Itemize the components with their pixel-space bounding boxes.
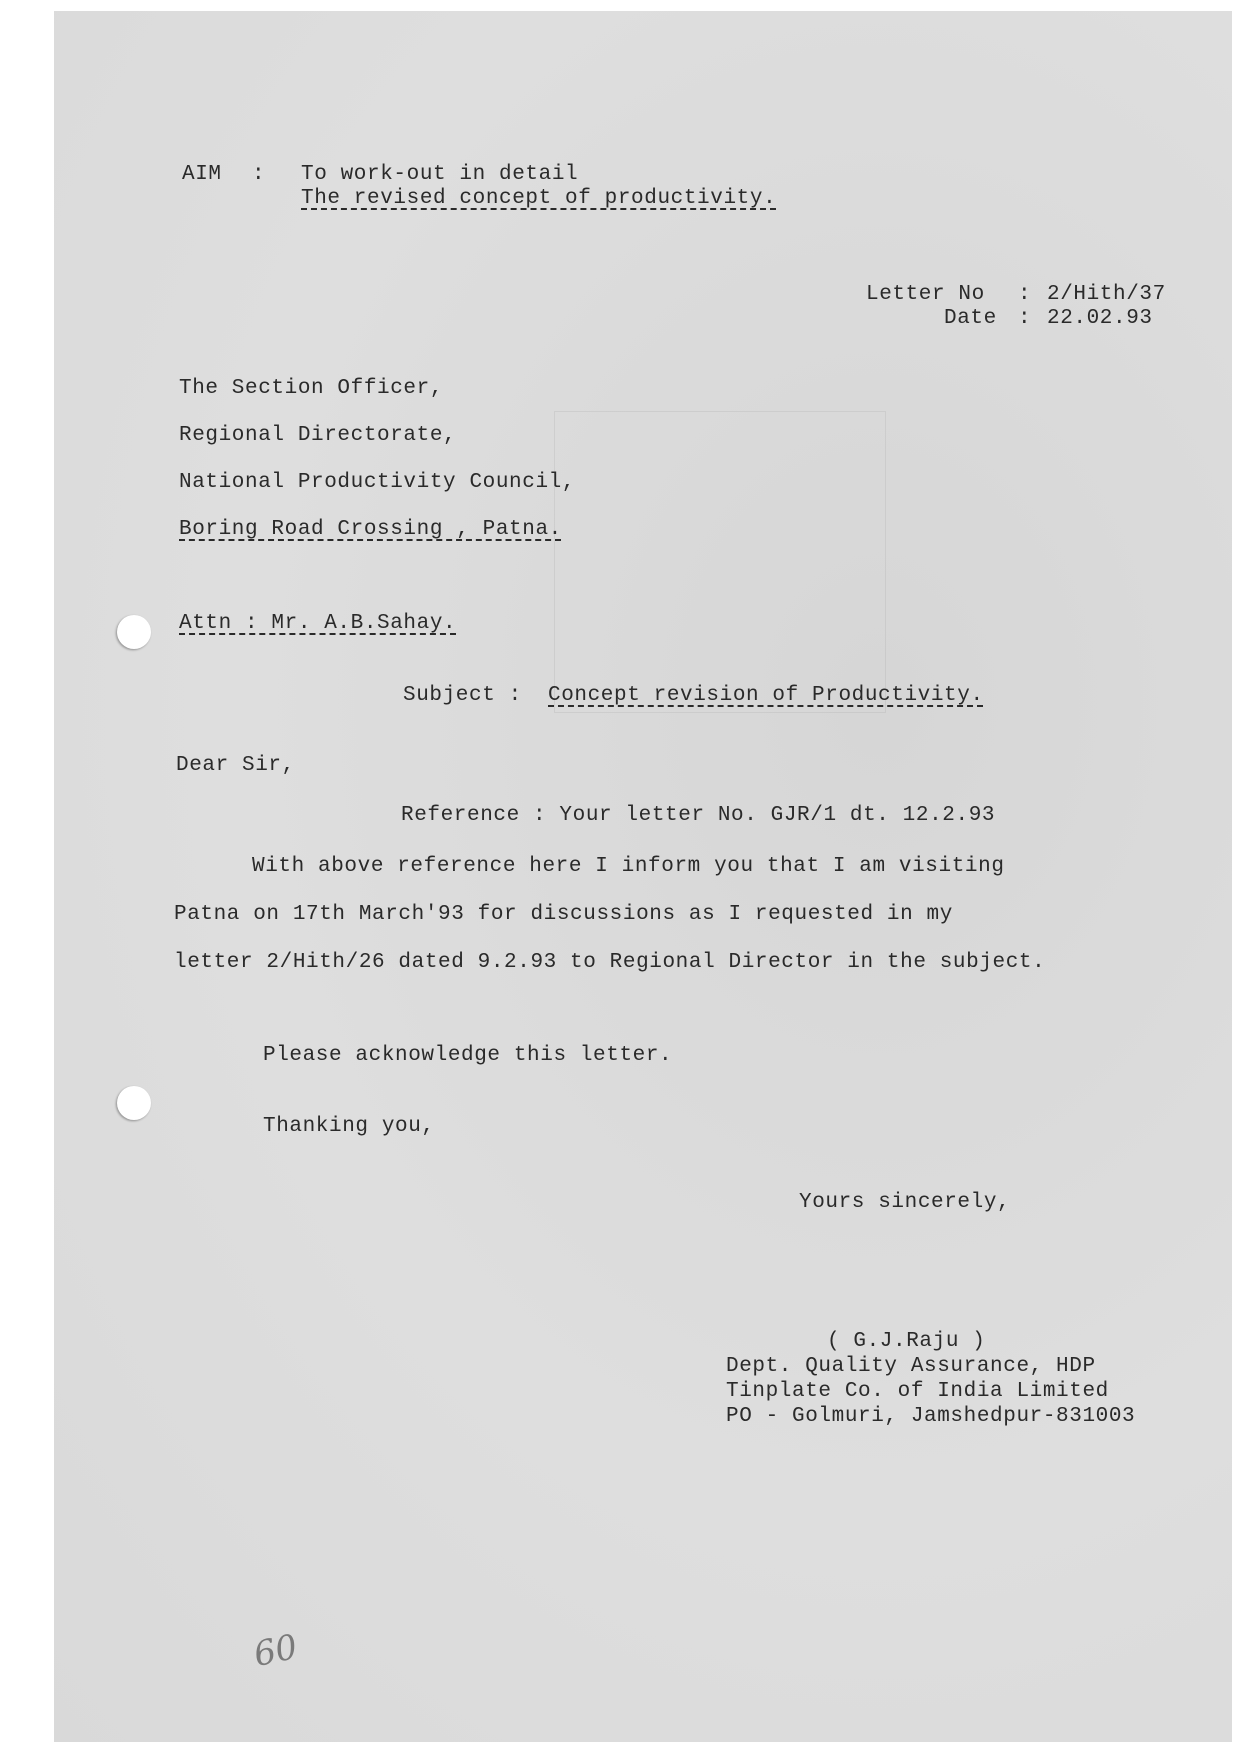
- addressee-line-4: Boring Road Crossing , Patna.: [179, 518, 562, 542]
- date-label: Date: [944, 307, 997, 331]
- date-value: 22.02.93: [1047, 307, 1153, 331]
- document-page: AIM : To work-out in detail The revised …: [54, 11, 1232, 1742]
- body-line-3: letter 2/Hith/26 dated 9.2.93 to Regiona…: [174, 951, 1045, 975]
- body-line-2: Patna on 17th March'93 for discussions a…: [174, 903, 953, 927]
- subject-label: Subject :: [403, 684, 522, 708]
- addressee-line-1: The Section Officer,: [179, 377, 443, 401]
- punch-hole-bottom: [117, 1086, 151, 1120]
- aim-line-2: The revised concept of productivity.: [301, 187, 776, 211]
- salutation: Dear Sir,: [176, 754, 295, 778]
- reference-line: Reference : Your letter No. GJR/1 dt. 12…: [401, 804, 995, 828]
- closing-signoff: Yours sincerely,: [799, 1191, 1010, 1215]
- handwritten-page-number: 60: [250, 1627, 301, 1675]
- letter-no-value: 2/Hith/37: [1047, 283, 1166, 307]
- punch-hole-top: [117, 615, 151, 649]
- bleed-through-table: [554, 411, 886, 713]
- subject-value: Concept revision of Productivity.: [548, 684, 984, 708]
- aim-label: AIM: [182, 163, 222, 187]
- body-line-1: With above reference here I inform you t…: [252, 855, 1005, 879]
- closing-thanks: Thanking you,: [263, 1115, 435, 1139]
- letter-no-label: Letter No: [866, 283, 985, 307]
- aim-line-1: To work-out in detail: [301, 163, 578, 187]
- closing-request: Please acknowledge this letter.: [263, 1044, 672, 1068]
- signature-address: PO - Golmuri, Jamshedpur-831003: [726, 1405, 1135, 1429]
- signature-company: Tinplate Co. of India Limited: [726, 1380, 1109, 1404]
- addressee-line-2: Regional Directorate,: [179, 424, 456, 448]
- signature-name: ( G.J.Raju ): [827, 1330, 985, 1354]
- date-sep: :: [1018, 307, 1031, 331]
- letter-no-sep: :: [1018, 283, 1031, 307]
- addressee-line-3: National Productivity Council,: [179, 471, 575, 495]
- attention-line: Attn : Mr. A.B.Sahay.: [179, 612, 456, 636]
- signature-dept: Dept. Quality Assurance, HDP: [726, 1355, 1096, 1379]
- aim-separator: :: [252, 163, 265, 187]
